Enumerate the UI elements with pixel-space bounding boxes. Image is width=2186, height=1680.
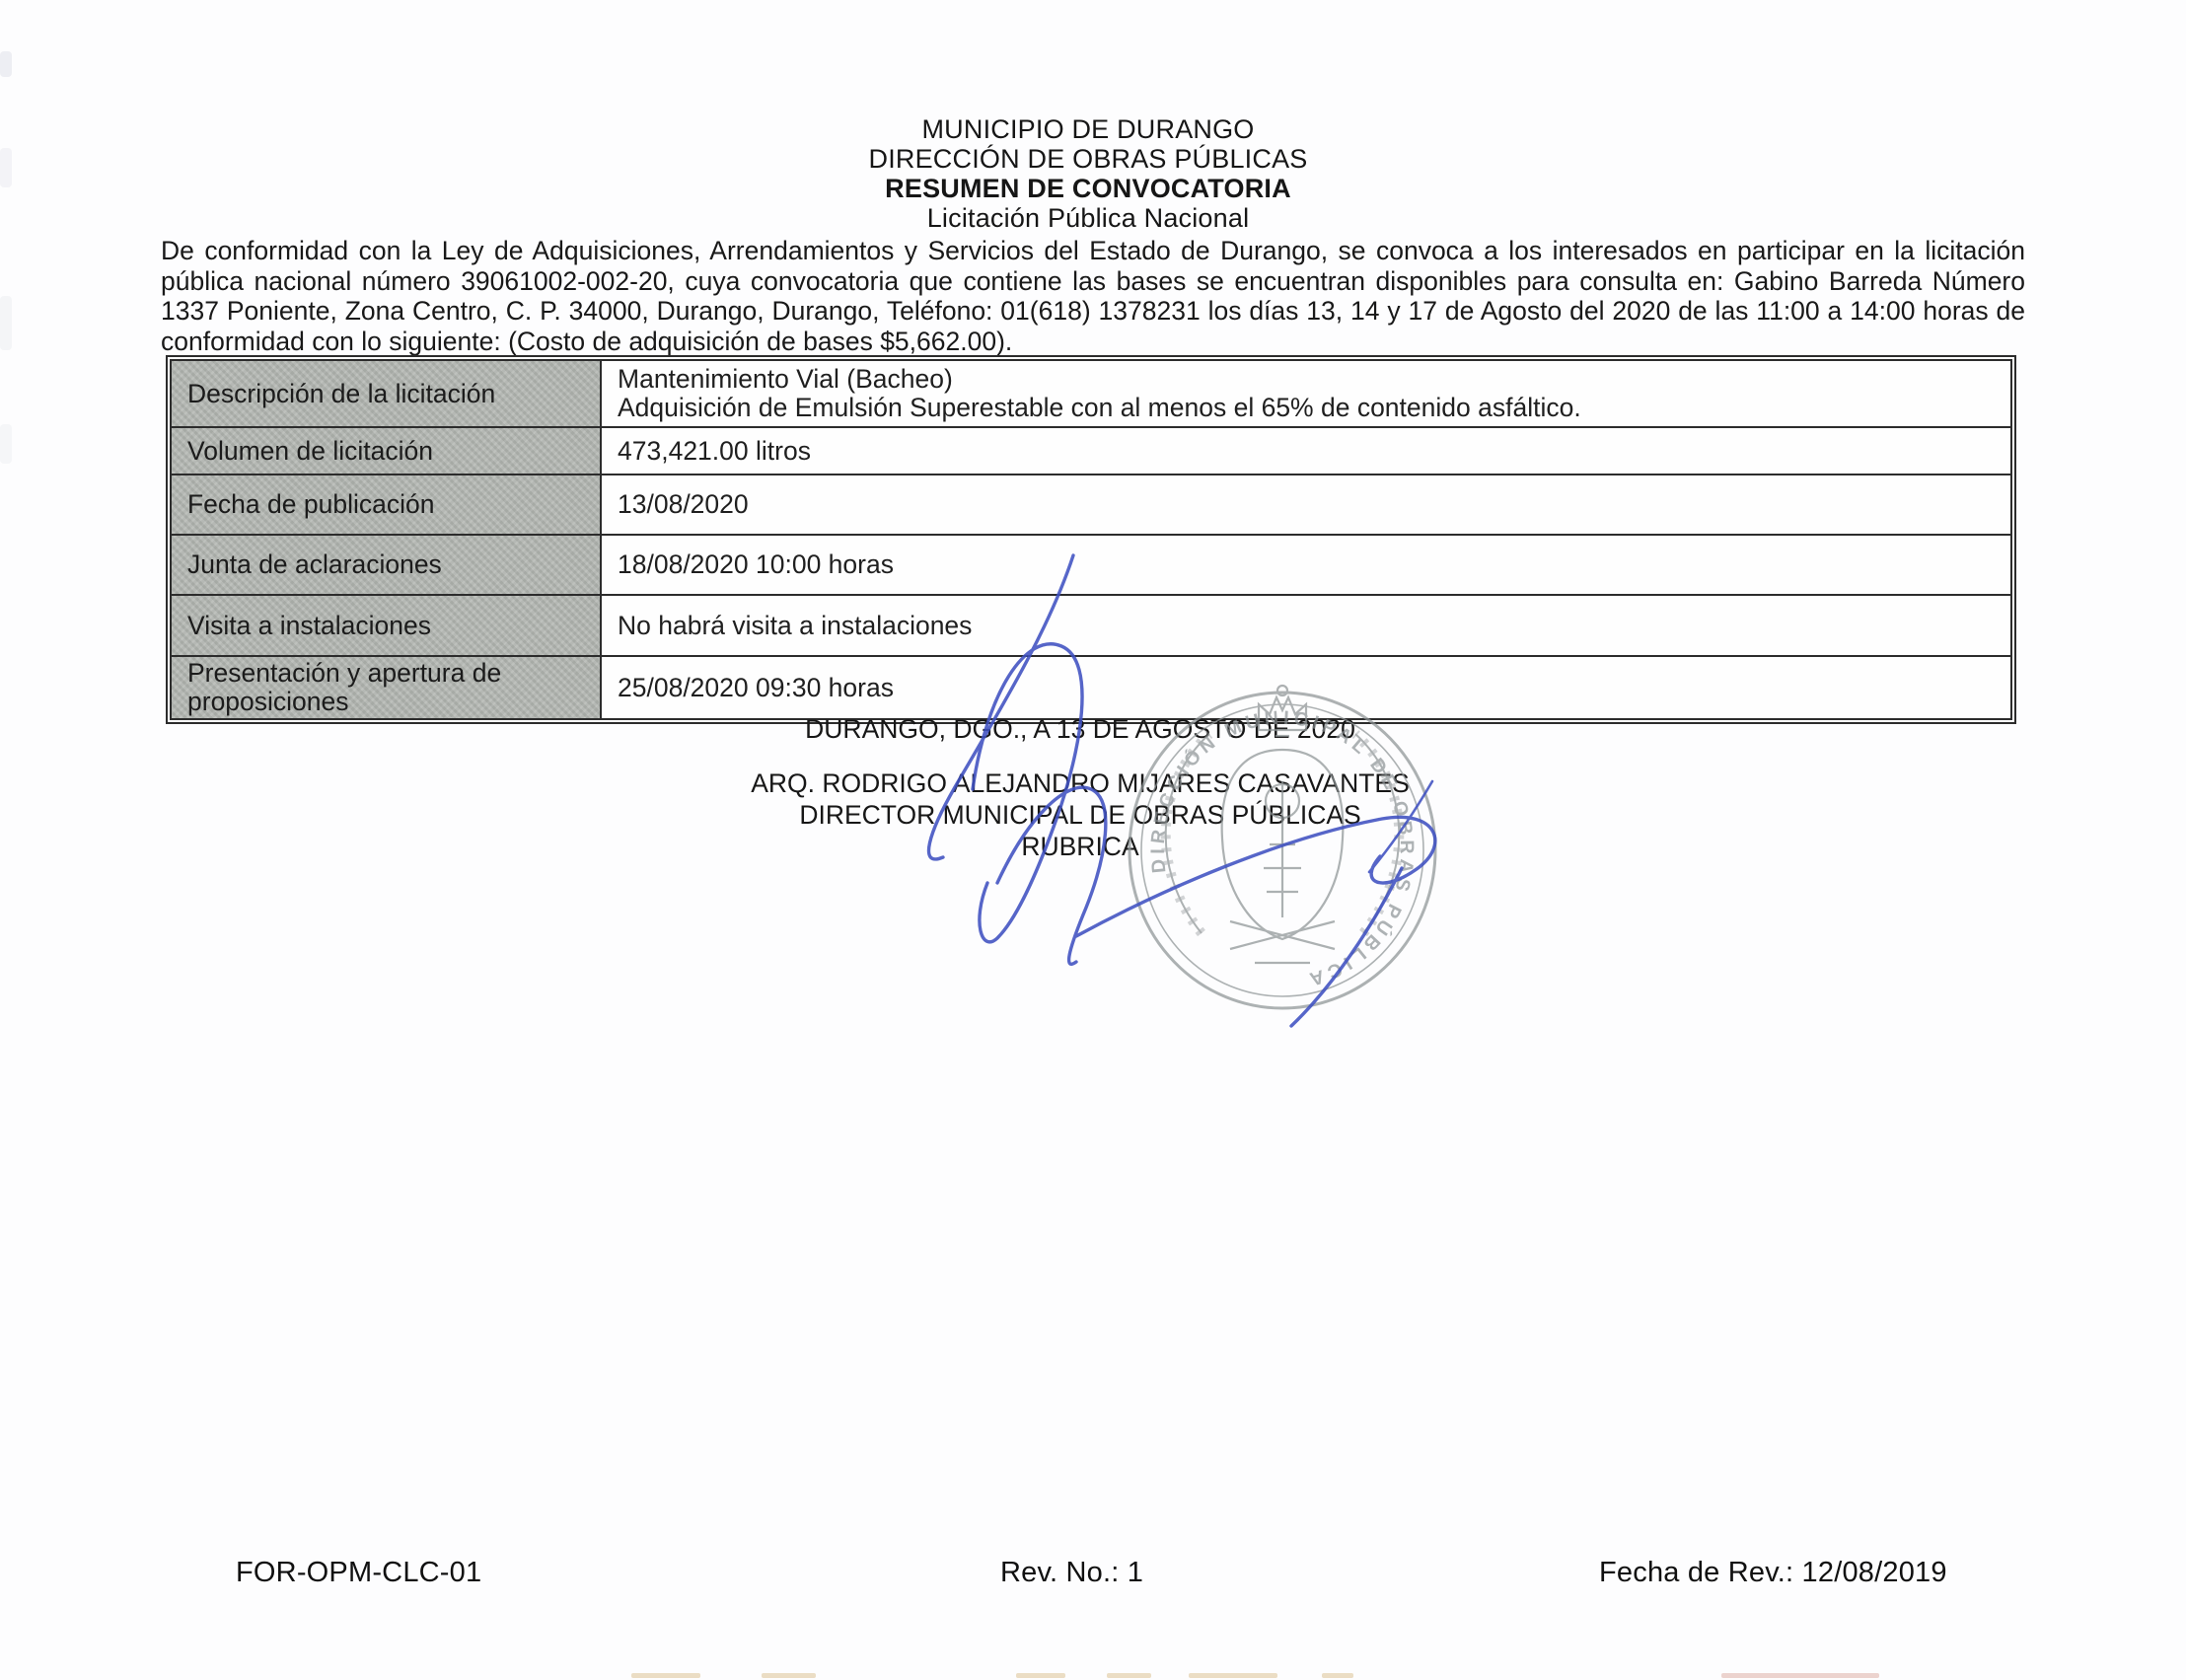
convocatoria-table: Descripción de la licitación Mantenimien… [166,355,2016,724]
scan-artifact [1016,1673,1065,1678]
scan-artifact [0,424,12,464]
scan-artifact [631,1673,700,1678]
scan-artifact [0,51,12,77]
footer-revision-number: Rev. No.: 1 [1000,1557,1143,1589]
scan-artifact [1107,1673,1151,1678]
signer-title: DIRECTOR MUNICIPAL DE OBRAS PÚBLICAS [0,799,2160,831]
footer-form-code: FOR-OPM-CLC-01 [236,1557,481,1589]
row-value-descripcion: Mantenimiento Vial (Bacheo) Adquisición … [601,360,2011,427]
row-value-volumen: 473,421.00 litros [601,427,2011,475]
table-row: Fecha de publicación 13/08/2020 [171,475,2011,535]
row-value-presentacion: 25/08/2020 09:30 horas [601,656,2011,719]
table-row: Visita a instalaciones No habrá visita a… [171,595,2011,656]
table-row: Descripción de la licitación Mantenimien… [171,360,2011,427]
scan-artifact [1721,1673,1879,1678]
header-licitacion-type: Licitación Pública Nacional [0,203,2176,233]
row-value-junta: 18/08/2020 10:00 horas [601,535,2011,595]
row-label-fecha-publicacion: Fecha de publicación [171,475,601,535]
table-row: Junta de aclaraciones 18/08/2020 10:00 h… [171,535,2011,595]
table-row: Volumen de licitación 473,421.00 litros [171,427,2011,475]
scan-artifact [0,296,12,350]
intro-paragraph: De conformidad con la Ley de Adquisicion… [161,236,2025,356]
seal-ribbon-icon [1230,921,1335,963]
row-value-visita: No habrá visita a instalaciones [601,595,2011,656]
place-date-line: DURANGO, DGO., A 13 DE AGOSTO DE 2020 [0,714,2160,745]
header-municipio: MUNICIPIO DE DURANGO [0,114,2176,144]
scan-artifact [1322,1673,1353,1678]
document-header: MUNICIPIO DE DURANGO DIRECCIÓN DE OBRAS … [0,114,2176,233]
row-value-fecha-publicacion: 13/08/2020 [601,475,2011,535]
signer-block: ARQ. RODRIGO ALEJANDRO MIJARES CASAVANTE… [0,767,2160,862]
row-label-visita: Visita a instalaciones [171,595,601,656]
row-label-junta: Junta de aclaraciones [171,535,601,595]
scan-artifact [1189,1673,1277,1678]
signer-name: ARQ. RODRIGO ALEJANDRO MIJARES CASAVANTE… [0,767,2160,799]
row-label-volumen: Volumen de licitación [171,427,601,475]
table-row: Presentación y apertura de proposiciones… [171,656,2011,719]
row-label-descripcion: Descripción de la licitación [171,360,601,427]
header-direccion: DIRECCIÓN DE OBRAS PÚBLICAS [0,144,2176,174]
scanned-document-page: MUNICIPIO DE DURANGO DIRECCIÓN DE OBRAS … [0,0,2186,1680]
header-resumen-title: RESUMEN DE CONVOCATORIA [0,174,2176,203]
footer-revision-date: Fecha de Rev.: 12/08/2019 [1599,1557,1947,1589]
scan-artifact [762,1673,816,1678]
row-label-presentacion: Presentación y apertura de proposiciones [171,656,601,719]
signer-rubric: RUBRICA [0,831,2160,862]
